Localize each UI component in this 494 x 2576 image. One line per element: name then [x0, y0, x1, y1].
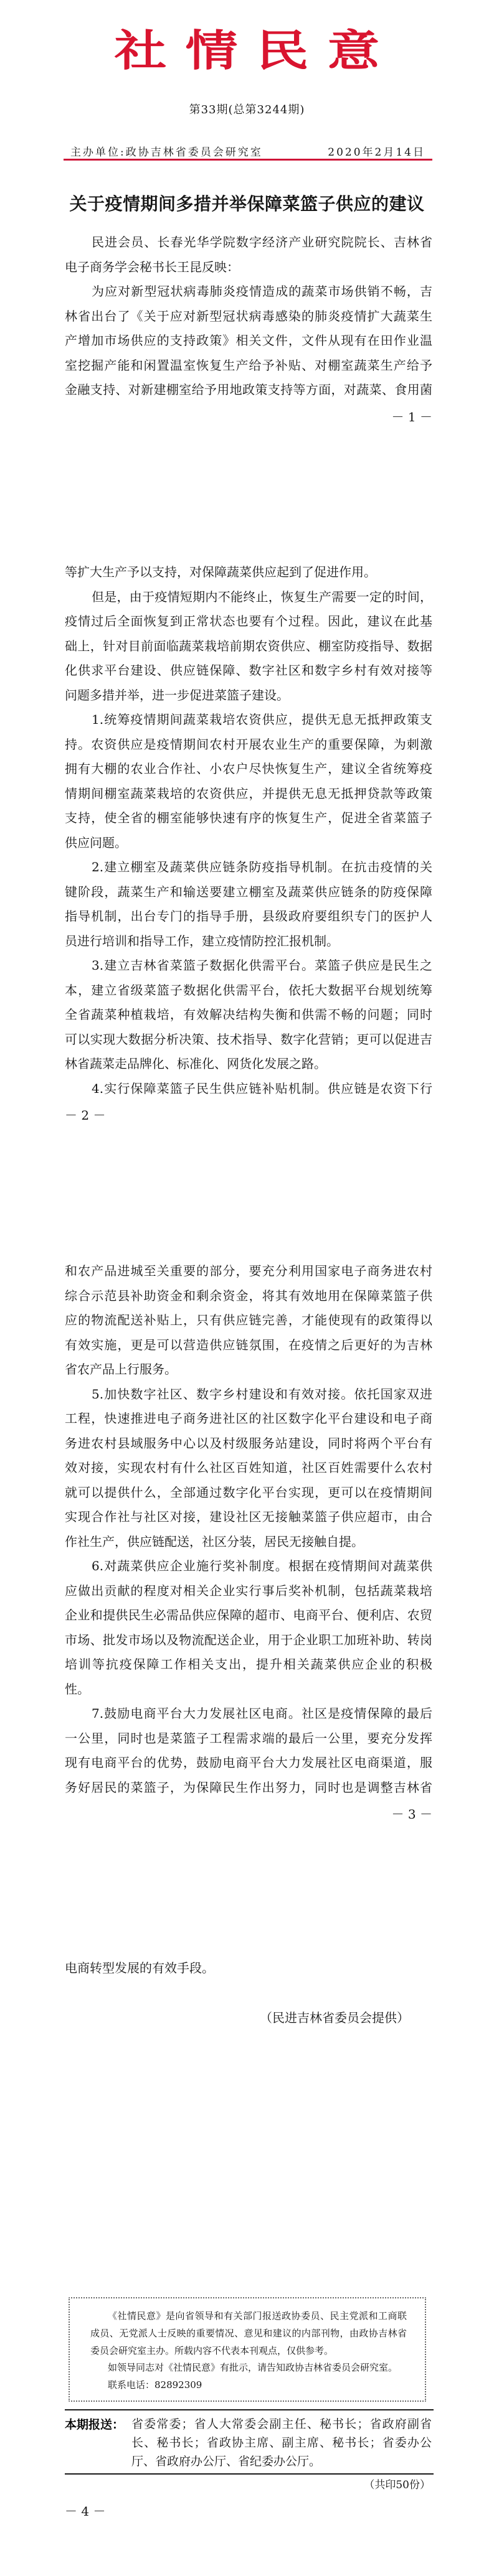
- paragraph-line: 5.加快数字社区、数字乡村建设和有效对接。依托国家双进: [65, 1382, 432, 1407]
- paragraph-line: 性。: [65, 1677, 432, 1702]
- paragraph-line: 有效实施，更是可以营造供应链氛围，在疫情之后更好的为吉林: [65, 1333, 432, 1358]
- distribution-label: 本期报送：: [65, 2416, 124, 2433]
- paragraph-line: 全省蔬菜种植栽培，有效解决结构失衡和供需不畅的问题；同时: [65, 1003, 432, 1028]
- notice-line: 《社情民意》是向省领导和有关部门报送政协委员、民主党派和工商联: [90, 2308, 407, 2325]
- issue-number: 第33期(总第3244期): [0, 103, 494, 118]
- paragraph-line: 等扩大生产予以支持，对保障蔬菜供应起到了促进作用。: [65, 560, 432, 585]
- distribution-line: 厅、省政府办公厅、省纪委办公厅。: [131, 2452, 432, 2471]
- sponsor-unit: 主办单位:政协吉林省委员会研究室: [70, 145, 263, 160]
- paragraph-line: 综合示范县补助资金和剩余资金，将其有效地用在保障菜篮子供: [65, 1284, 432, 1309]
- paragraph-line: 省农产品上行服务。: [65, 1357, 432, 1382]
- article-title: 关于疫情期间多措并举保障菜篮子供应的建议: [0, 192, 494, 216]
- paragraph-line: 民进会员、长春光华学院数字经济产业研究院院长、吉林省: [65, 230, 432, 255]
- page-2-body: 等扩大生产予以支持，对保障蔬菜供应起到了促进作用。 但是，由于疫情短期内不能终止…: [65, 560, 432, 1101]
- paragraph-line: 效对接，实现农村有什么社区百姓知道，社区百姓需要什么农村: [65, 1456, 432, 1481]
- page-3-body: 和农产品进城至关重要的部分，要充分利用国家电子商务进农村 综合示范县补助资金和剩…: [65, 1259, 432, 1800]
- paragraph-line: 3.建立吉林省菜篮子数据化供需平台。菜篮子供应是民生之: [65, 953, 432, 978]
- page-number: － 4 －: [65, 2504, 432, 2519]
- print-count: （共印50份）: [280, 2478, 430, 2493]
- paragraph-line: 键阶段，蔬菜生产和输送要建立棚室及蔬菜供应链条的防疫保障: [65, 880, 432, 905]
- notice-line: 成员、无党派人士反映的重要情况、意见和建议的内部刊物，由政协吉林省: [90, 2325, 407, 2343]
- source-attribution: （民进吉林省委员会提供）: [260, 2010, 409, 2025]
- page-number: － 3 －: [65, 1807, 432, 1822]
- page-4-body: 电商转型发展的有效手段。: [65, 1956, 432, 1981]
- paragraph-line: 支持，使全省的棚室能够快速有序的恢复生产，促进全省菜篮子: [65, 806, 432, 831]
- paragraph-line: 化供求平台建设、供应链保障、数字社区和数字乡村有效对接等: [65, 658, 432, 683]
- paragraph-line: 企业和提供民生必需品供应保障的超市、电商平台、便利店、农贸: [65, 1603, 432, 1628]
- paragraph-line: 一公里，同时也是菜篮子工程需求端的最后一公里，要充分发挥: [65, 1726, 432, 1751]
- paragraph-line: 作社生产，供应链配送，社区分装，居民无接触自提。: [65, 1530, 432, 1555]
- paragraph-line: 电子商务学会秘书长王昆反映：: [65, 255, 432, 280]
- paragraph-line: 可以实现大数据分析决策、技术指导、数字化营销；更可以促进吉: [65, 1028, 432, 1052]
- paragraph-line: 指导机制，出台专门的指导手册，县级政府要组织专门的医护人: [65, 904, 432, 929]
- paragraph-line: 为应对新型冠状病毒肺炎疫情造成的蔬菜市场供销不畅，吉: [65, 279, 432, 304]
- page-1-body: 民进会员、长春光华学院数字经济产业研究院院长、吉林省 电子商务学会秘书长王昆反映…: [65, 230, 432, 403]
- page-number: － 2 －: [65, 1108, 432, 1123]
- paragraph-line: 市场、批发市场以及物流配送企业，用于企业职工加班补助、转岗: [65, 1628, 432, 1653]
- paragraph-line: 务好居民的菜篮子，为保障民生作出努力，同时也是调整吉林省: [65, 1776, 432, 1801]
- paragraph-line: 和农产品进城至关重要的部分，要充分利用国家电子商务进农村: [65, 1259, 432, 1284]
- paragraph-line: 现有电商平台的优势，鼓励电商平台大力发展社区电商渠道，服: [65, 1751, 432, 1776]
- paragraph-line: 拥有大棚的农业合作社、小农户尽快恢复生产，建议全省统筹疫: [65, 757, 432, 782]
- paragraph-line: 实现合作社与社区对接，建设社区无接触菜篮子供应超市，由合: [65, 1505, 432, 1530]
- paragraph-line: 4.实行保障菜篮子民生供应链补贴机制。供应链是农资下行: [65, 1077, 432, 1102]
- page-number: － 1 －: [65, 410, 432, 424]
- paragraph-line: 务进农村县域服务中心以及村级服务站建设，同时将两个平台有: [65, 1431, 432, 1456]
- paragraph-line: 但是，由于疫情短期内不能终止，恢复生产需要一定的时间，: [65, 585, 432, 610]
- masthead-title: 社情民意: [0, 27, 494, 73]
- paragraph-line: 应做出贡献的程度对相关企业实行事后奖补机制，包括蔬菜栽培: [65, 1579, 432, 1604]
- contact-phone: 联系电话：82892309: [90, 2377, 407, 2394]
- distribution-line: 省委常委；省人大常委会副主任、秘书长；省政府副省: [131, 2415, 432, 2433]
- paragraph-line: 1.统筹疫情期间蔬菜栽培农资供应，提供无息无抵押政策支: [65, 708, 432, 733]
- masthead-red-rule: [64, 159, 432, 161]
- distribution-line: 长、秘书长；省政协主席、副主席、秘书长；省委办公: [131, 2433, 432, 2452]
- paragraph-line: 电商转型发展的有效手段。: [65, 1956, 432, 1981]
- paragraph-line: 培训等抗疫保障工作相关支出，提升相关蔬菜供应企业的积极: [65, 1652, 432, 1677]
- paragraph-line: 持。农资供应是疫情期间农村开展农业生产的重要保障，为刺激: [65, 733, 432, 757]
- paragraph-line: 本，建立省级菜篮子数据化供需平台，依托大数据平台规划统筹: [65, 978, 432, 1003]
- paragraph-line: 2.建立棚室及蔬菜供应链条防疫指导机制。在抗击疫情的关: [65, 855, 432, 880]
- paragraph-line: 林省蔬菜走品牌化、标准化、网货化发展之路。: [65, 1052, 432, 1077]
- distribution-list: 省委常委；省人大常委会副主任、秘书长；省政府副省 长、秘书长；省政协主席、副主席…: [131, 2415, 432, 2471]
- notice-text: 《社情民意》是向省领导和有关部门报送政协委员、民主党派和工商联 成员、无党派人士…: [90, 2308, 407, 2394]
- divider-rule: [65, 2473, 434, 2475]
- notice-line: 如领导同志对《社情民意》有批示，请告知政协吉林省委员会研究室。: [90, 2359, 407, 2377]
- paragraph-line: 林省出台了《关于应对新型冠状病毒感染的肺炎疫情扩大蔬菜生: [65, 304, 432, 329]
- divider-rule: [65, 2409, 434, 2410]
- paragraph-line: 工程，快速推进电子商务进社区的社区数字化平台建设和电子商: [65, 1407, 432, 1431]
- paragraph-line: 员进行培训和指导工作，建立疫情防控汇报机制。: [65, 929, 432, 954]
- paragraph-line: 情期间棚室蔬菜栽培的农资供应，并提供无息无抵押贷款等政策: [65, 782, 432, 807]
- paragraph-line: 7.鼓励电商平台大力发展社区电商。社区是疫情保障的最后: [65, 1702, 432, 1726]
- paragraph-line: 室挖掘产能和闲置温室恢复生产给予补贴、对棚室蔬菜生产给予: [65, 354, 432, 378]
- paragraph-line: 金融支持、对新建棚室给予用地政策支持等方面，对蔬菜、食用菌: [65, 378, 432, 403]
- paragraph-line: 问题多措并举，进一步促进菜篮子建设。: [65, 683, 432, 708]
- publish-date: 2020年2月14日: [299, 145, 425, 160]
- paragraph-line: 疫情过后全面恢复到正常状态也要有个过程。因此，建议在此基: [65, 609, 432, 634]
- paragraph-line: 产增加市场供应的支持政策》相关文件，文件从现有在田作业温: [65, 329, 432, 354]
- paragraph-line: 应的物流配送补贴上，只有供应链完善，才能使现有的政策得以: [65, 1308, 432, 1333]
- notice-line: 委员会研究室主办。所载内容不代表本刊观点，仅供参考。: [90, 2343, 407, 2360]
- paragraph-line: 就可以提供什么，全部通过数字化平台实现，更可以在疫情期间: [65, 1481, 432, 1506]
- paragraph-line: 6.对蔬菜供应企业施行奖补制度。根据在疫情期间对蔬菜供: [65, 1554, 432, 1579]
- paragraph-line: 供应问题。: [65, 831, 432, 856]
- paragraph-line: 础上，针对目前面临蔬菜栽培前期农资供应、棚室防疫指导、数据: [65, 634, 432, 659]
